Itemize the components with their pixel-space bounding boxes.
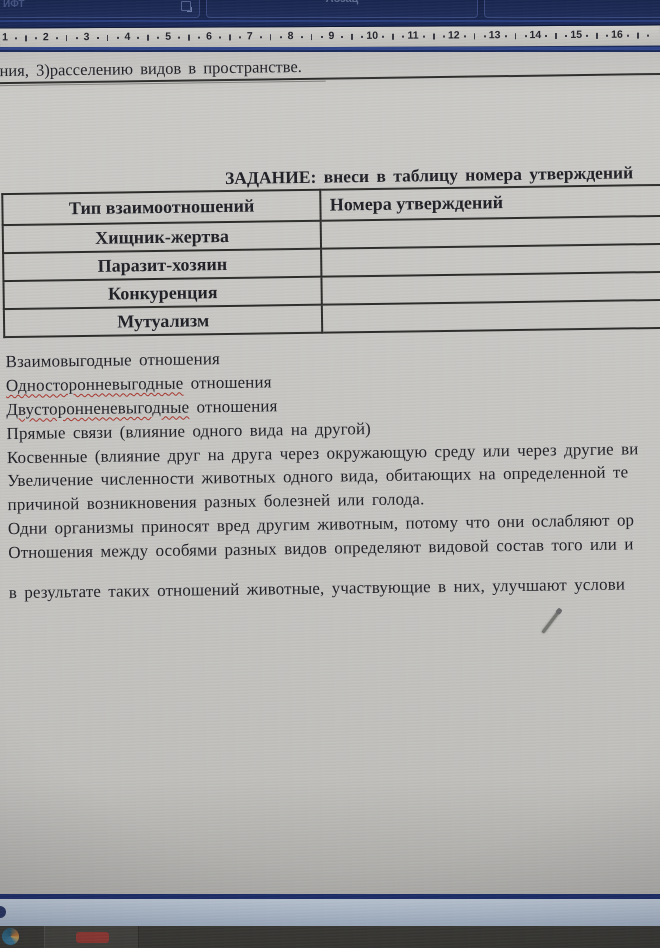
ruler-number: 10: [365, 30, 379, 42]
ruler-number: 3: [80, 31, 94, 43]
ruler-dot: [15, 37, 17, 39]
ruler-dot: [198, 37, 200, 39]
ruler-tick: [351, 34, 353, 40]
browser-icon[interactable]: [2, 928, 19, 945]
status-left-icon: [0, 906, 6, 918]
relationship-type-cell[interactable]: Паразит-хозяин: [3, 249, 322, 281]
statements-list: Взаимовыгодные отношенияОдносторонневыго…: [5, 343, 660, 607]
ruler-number: 12: [447, 29, 461, 41]
ruler-dot: [260, 36, 262, 38]
dialog-launcher-icon[interactable]: [181, 1, 191, 11]
ruler-dot: [97, 37, 99, 39]
ruler-number: 5: [161, 31, 175, 43]
ruler-tick: [270, 34, 272, 40]
table-header-cell: Тип взаимоотношений: [2, 190, 321, 225]
ruler-dot: [76, 37, 78, 39]
ruler-tick: [188, 35, 190, 41]
statement-text: Взаимовыгодные отношения: [5, 349, 220, 371]
ruler-dot: [484, 35, 486, 37]
misspelled-word: Двусторонненевыгодные: [6, 397, 189, 419]
ruler-number: 14: [528, 29, 542, 41]
table-header-cell: Номера утверждений: [321, 185, 660, 221]
ruler-dot: [178, 37, 180, 39]
ruler-tick: [311, 34, 313, 40]
ruler-dot: [402, 36, 404, 38]
ruler-number: 15: [569, 29, 583, 41]
statement-text: Прямые связи (влияние одного вида на дру…: [6, 419, 371, 443]
ruler-number: 13: [488, 29, 502, 41]
ruler-tick: [107, 35, 109, 41]
paragraph-group-label: Абзац: [207, 0, 477, 5]
ruler-lower-divider: [0, 47, 660, 50]
ruler-dot: [361, 36, 363, 38]
status-bar: [0, 899, 660, 926]
ruler-number: 8: [284, 30, 298, 42]
ruler-dot: [565, 35, 567, 37]
ruler-tick: [25, 35, 27, 41]
relationships-table: Тип взаимоотношенийНомера утвержденийХищ…: [1, 184, 660, 338]
ruler-tick: [555, 33, 557, 39]
relationship-type-cell[interactable]: Хищник-жертва: [3, 221, 322, 253]
ribbon-group-paragraph[interactable]: Абзац: [206, 0, 478, 18]
ruler-dot: [117, 37, 119, 39]
ruler-tick: [474, 33, 476, 39]
ruler-number: 16: [610, 29, 624, 41]
ruler-dot: [606, 35, 608, 37]
ruler-dot: [280, 36, 282, 38]
ribbon-group-font[interactable]: ИФТ: [0, 0, 200, 18]
font-group-label: ИФТ: [3, 0, 63, 10]
ruler-number: 7: [243, 30, 257, 42]
ruler-dot: [56, 37, 58, 39]
ruler-dot: [586, 35, 588, 37]
ruler-tick: [392, 34, 394, 40]
ruler-number: 4: [120, 31, 134, 43]
taskbar-app-button[interactable]: [44, 926, 139, 948]
ruler-dot: [545, 35, 547, 37]
ruler-number: 2: [39, 31, 53, 43]
ruler-tick: [229, 34, 231, 40]
relationship-type-cell[interactable]: Мутуализм: [4, 305, 323, 337]
ruler-dot: [464, 35, 466, 37]
ruler-number: 9: [324, 30, 338, 42]
ruler-dot: [157, 37, 159, 39]
statement-text: отношения: [189, 396, 277, 416]
ruler-dot: [239, 36, 241, 38]
relationship-type-cell[interactable]: Конкуренция: [3, 277, 322, 309]
ruler-dot: [647, 35, 649, 37]
ruler-tick: [637, 33, 639, 39]
ruler-dot: [443, 35, 445, 37]
document-page[interactable]: ния, 3)расселению видов в пространстве. …: [0, 52, 660, 894]
statement-text: в результате таких отношений животные, у…: [9, 575, 625, 603]
ruler-tick: [147, 35, 149, 41]
statement-numbers-cell[interactable]: [322, 300, 660, 333]
ruler-dot: [525, 35, 527, 37]
ruler-tick: [66, 35, 68, 41]
document-content: ния, 3)расселению видов в пространстве. …: [0, 47, 660, 899]
ruler-number: 1: [0, 31, 12, 43]
ruler-strip[interactable]: 12345678910111213141516: [0, 25, 660, 49]
ruler-dot: [35, 37, 37, 39]
ruler-dot: [341, 36, 343, 38]
ribbon-group-styles[interactable]: [484, 0, 660, 18]
taskbar: [0, 926, 660, 948]
statement-line: в результате таких отношений животные, у…: [9, 574, 660, 607]
ruler-tick: [515, 33, 517, 39]
misspelled-word: Односторонневыгодные: [6, 374, 184, 395]
screen-photo: ИФТ Абзац 12345678910111213141516 ния, 3…: [0, 0, 660, 948]
ruler-dot: [137, 37, 139, 39]
ruler-dot: [321, 36, 323, 38]
ruler-dot: [505, 35, 507, 37]
paragraph-fragment: ния, 3)расселению видов в пространстве.: [0, 57, 302, 81]
ruler-tick: [433, 34, 435, 40]
ruler-dot: [301, 36, 303, 38]
ruler-number: 11: [406, 30, 420, 42]
ruler-dot: [219, 36, 221, 38]
ribbon-bar: ИФТ Абзац: [0, 0, 660, 20]
app-icon: [76, 932, 109, 943]
ruler-dot: [423, 36, 425, 38]
ruler-tick: [596, 33, 598, 39]
mouse-cursor: [541, 610, 560, 633]
ruler-number: 6: [202, 30, 216, 42]
ruler-band: 12345678910111213141516: [0, 22, 660, 52]
statement-text: отношения: [183, 372, 271, 392]
ruler-dot: [382, 36, 384, 38]
ruler-dot: [627, 35, 629, 37]
